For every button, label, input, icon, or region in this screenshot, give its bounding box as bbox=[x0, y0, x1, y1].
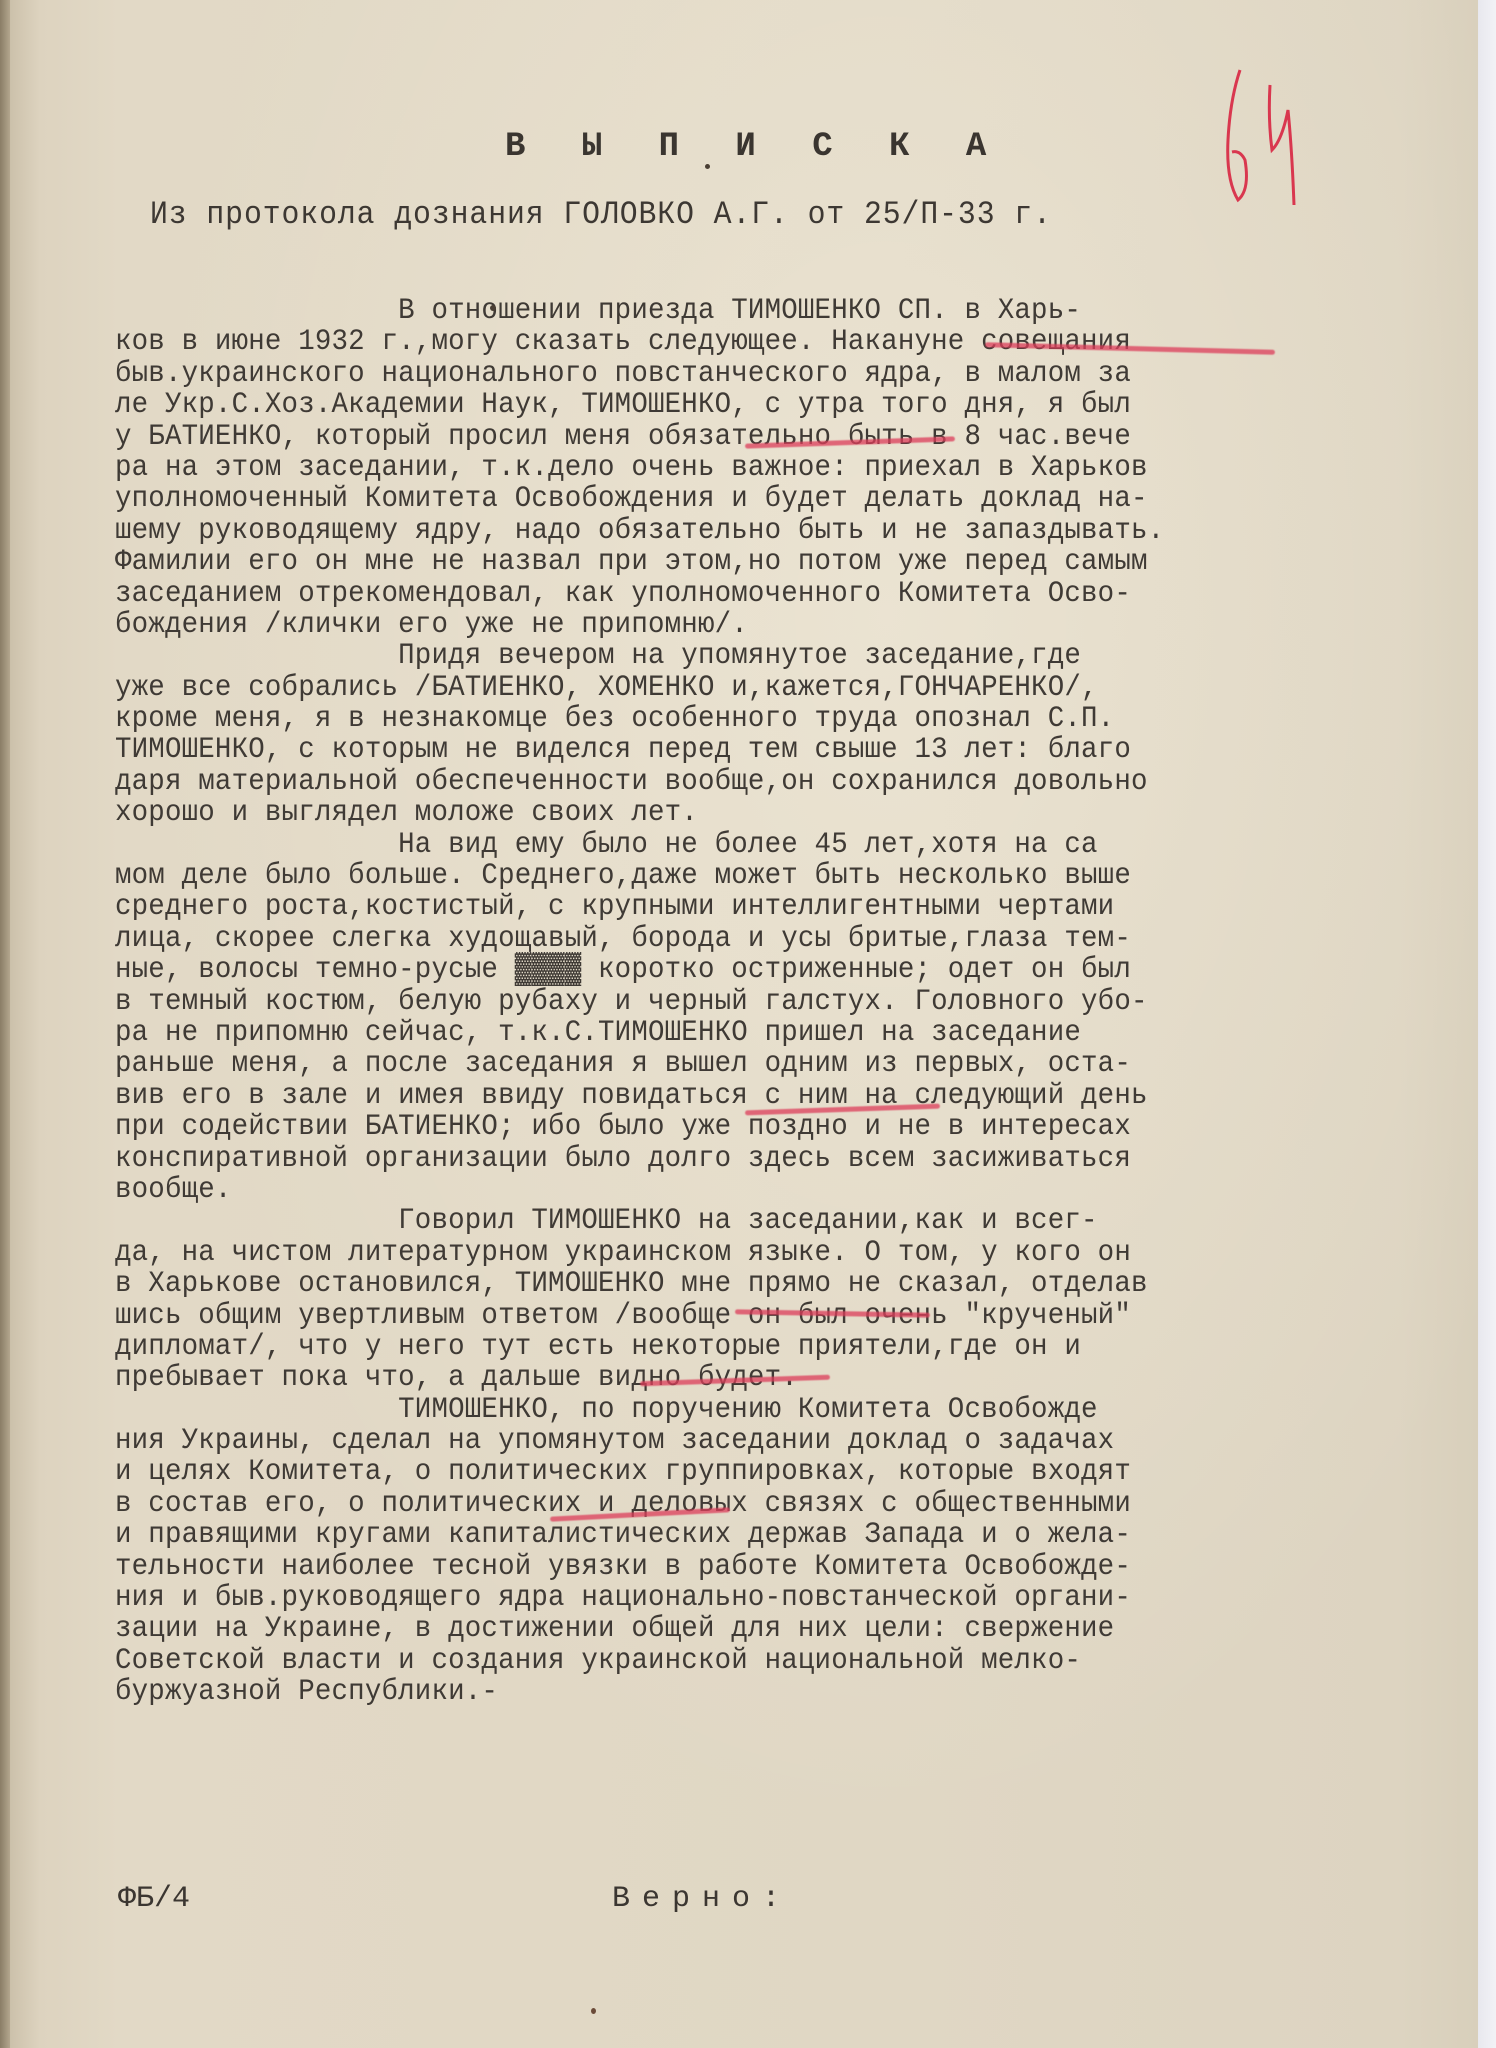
folio-number-handwritten bbox=[1200, 40, 1330, 210]
body-line: ра не припомню сейчас, т.к.С.ТИМОШЕНКО п… bbox=[115, 1018, 1369, 1049]
body-line: ния Украины, сделал на упомянутом заседа… bbox=[115, 1426, 1369, 1457]
body-line: да, на чистом литературном украинском яз… bbox=[115, 1238, 1369, 1269]
body-line: и целях Комитета, о политических группир… bbox=[115, 1457, 1369, 1488]
body-line: Говорил ТИМОШЕНКО на заседании,как и все… bbox=[115, 1206, 1369, 1237]
body-line: конспиративной организации было долго зд… bbox=[115, 1144, 1369, 1175]
body-line: быв.украинского национального повстанчес… bbox=[115, 359, 1369, 390]
document-page: В Ы П И С К А Из протокола дознания ГОЛО… bbox=[0, 0, 1478, 2048]
body-line: буржуазной Республики.- bbox=[115, 1677, 1369, 1708]
body-line: ные, волосы темно-русые ▓▓▓▓ коротко ост… bbox=[115, 955, 1369, 986]
body-line: ра на этом заседании, т.к.дело очень важ… bbox=[115, 453, 1369, 484]
body-line: На вид ему было не более 45 лет,хотя на … bbox=[115, 830, 1369, 861]
body-line: мом деле было больше. Среднего,даже може… bbox=[115, 861, 1369, 892]
body-line: ков в июне 1932 г.,могу сказать следующе… bbox=[115, 327, 1369, 358]
body-line: тельности наиболее тесной увязки в работ… bbox=[115, 1552, 1369, 1583]
body-line: лица, скорее слегка худощавый, борода и … bbox=[115, 924, 1369, 955]
paper-speck bbox=[490, 305, 496, 311]
body-line: ле Укр.С.Хоз.Академии Наук, ТИМОШЕНКО, с… bbox=[115, 390, 1369, 421]
body-line: В отношении приезда ТИМОШЕНКО СП. в Харь… bbox=[115, 296, 1369, 327]
document-subtitle: Из протокола дознания ГОЛОВКО А.Г. от 25… bbox=[150, 196, 1052, 233]
certification-label: Верно: bbox=[612, 1882, 792, 1916]
body-line: Советской власти и создания украинской н… bbox=[115, 1646, 1369, 1677]
body-line: в Харькове остановился, ТИМОШЕНКО мне пр… bbox=[115, 1269, 1369, 1300]
paper-speck bbox=[705, 164, 710, 169]
body-line: шись общим увертливым ответом /вообще он… bbox=[115, 1301, 1369, 1332]
body-line: бождения /клички его уже не припомню/. bbox=[115, 610, 1369, 641]
body-line: ТИМОШЕНКО, по поручению Комитета Освобож… bbox=[115, 1395, 1369, 1426]
body-line: раньше меня, а после заседания я вышел о… bbox=[115, 1049, 1369, 1080]
body-line: Придя вечером на упомянутое заседание,гд… bbox=[115, 641, 1369, 672]
body-line: хорошо и выглядел моложе своих лет. bbox=[115, 798, 1369, 829]
body-line: заседанием отрекомендовал, как уполномоч… bbox=[115, 579, 1369, 610]
body-line: среднего роста,костистый, с крупными инт… bbox=[115, 892, 1369, 923]
paper-speck bbox=[591, 2008, 596, 2014]
body-line: даря материальной обеспеченности вообще,… bbox=[115, 767, 1369, 798]
body-line: Фамилии его он мне не назвал при этом,но… bbox=[115, 547, 1369, 578]
background-edge bbox=[1478, 0, 1496, 2048]
binding-edge bbox=[0, 0, 10, 2048]
document-body: В отношении приезда ТИМОШЕНКО СП. в Харь… bbox=[115, 296, 1485, 1709]
body-line: в состав его, о политических и деловых с… bbox=[115, 1489, 1369, 1520]
body-line: при содействии БАТИЕНКО; ибо было уже по… bbox=[115, 1112, 1369, 1143]
body-line: ния и быв.руководящего ядра национально-… bbox=[115, 1583, 1369, 1614]
body-line: уполномоченный Комитета Освобождения и б… bbox=[115, 484, 1369, 515]
body-line: уже все собрались /БАТИЕНКО, ХОМЕНКО и,к… bbox=[115, 673, 1369, 704]
document-title: В Ы П И С К А bbox=[505, 128, 1004, 166]
body-line: у БАТИЕНКО, который просил меня обязател… bbox=[115, 422, 1369, 453]
body-line: вив его в зале и имея ввиду повидаться с… bbox=[115, 1081, 1369, 1112]
body-line: дипломат/, что у него тут есть некоторые… bbox=[115, 1332, 1369, 1363]
body-line: зации на Украине, в достижении общей для… bbox=[115, 1614, 1369, 1645]
body-line: ТИМОШЕНКО, с которым не виделся перед те… bbox=[115, 735, 1369, 766]
body-line: и правящими кругами капиталистических де… bbox=[115, 1520, 1369, 1551]
body-line: шему руководящему ядру, надо обязательно… bbox=[115, 516, 1369, 547]
body-line: кроме меня, я в незнакомце без особенног… bbox=[115, 704, 1369, 735]
document-code: ФБ/4 bbox=[118, 1882, 190, 1916]
body-line: в темный костюм, белую рубаху и черный г… bbox=[115, 987, 1369, 1018]
body-line: вообще. bbox=[115, 1175, 1369, 1206]
